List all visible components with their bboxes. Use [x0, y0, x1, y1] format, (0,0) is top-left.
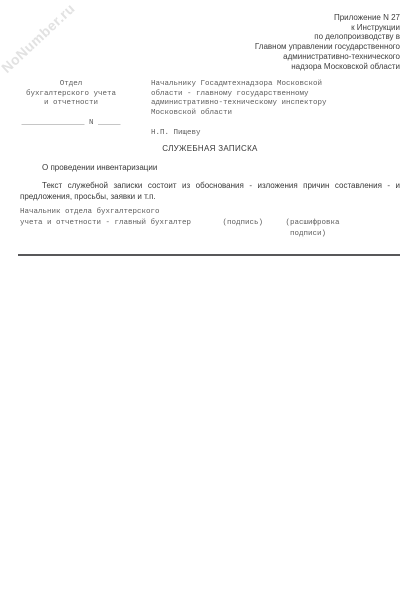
- memo-subject: О проведении инвентаризации: [20, 163, 400, 172]
- watermark-text: NoNumber.ru: [0, 0, 89, 86]
- appendix-header: Приложение N 27 к Инструкции по делопрои…: [255, 13, 400, 71]
- addressee-block: Начальнику Госадмтехнадзора Московской о…: [151, 80, 327, 138]
- document-page: NoNumber.ru Приложение N 27 к Инструкции…: [0, 0, 420, 600]
- sender-department-block: Отдел бухгалтерского учета и отчетности …: [20, 80, 122, 129]
- memo-body-line-1: Текст служебной записки состоит из обосн…: [20, 181, 400, 192]
- memo-body-line-2: предложения, просьбы, заявки и т.п.: [20, 192, 400, 203]
- signature-block: Начальник отдела бухгалтерского учета и …: [20, 207, 340, 240]
- document-title: СЛУЖЕБНАЯ ЗАПИСКА: [20, 144, 400, 153]
- bottom-horizontal-rule: [18, 254, 400, 256]
- memo-body: Текст служебной записки состоит из обосн…: [20, 181, 400, 202]
